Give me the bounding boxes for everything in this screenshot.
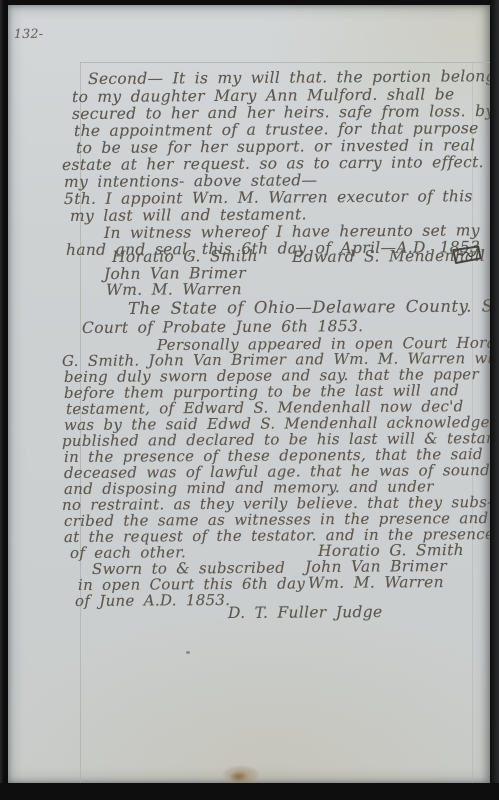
seal-scribble-icon [451,245,483,270]
witness-signature: Wm. M. Warren [308,573,444,592]
judge-signature: D. T. Fuller Judge [228,603,383,622]
scan-border-bottom [0,783,499,800]
scan-border-top [0,0,499,5]
ledger-page: 132- Second— It is my will that. the por… [8,5,490,783]
scan-border-right [490,0,499,800]
probate-heading: The State of Ohio—Delaware County. Ss. [128,296,499,318]
manuscript-line: of June A.D. 1853. [75,591,230,610]
margin-rule-horizontal [80,62,490,63]
page-number: 132- [14,26,43,41]
ink-stain-dot [186,651,190,654]
scan-border-left [0,0,8,800]
witness-signature: Wm. M. Warren [106,280,242,299]
